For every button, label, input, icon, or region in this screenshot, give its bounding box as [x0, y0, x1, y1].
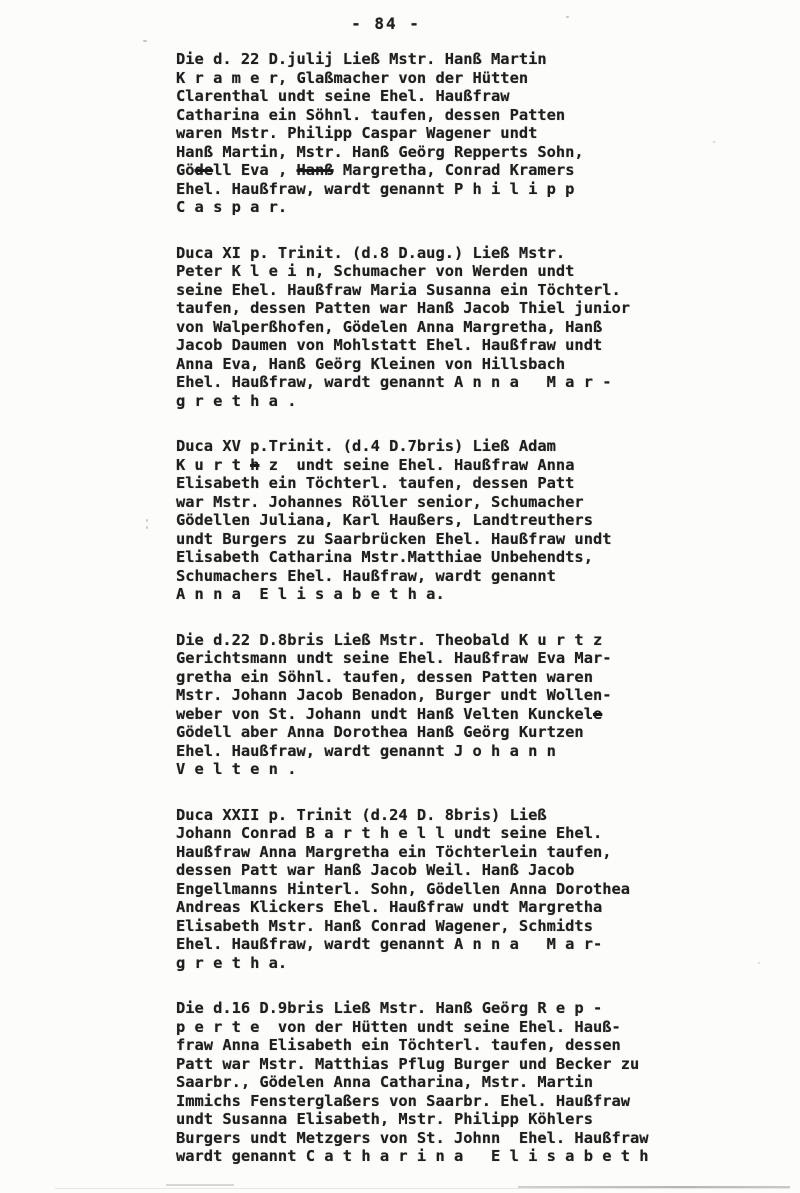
text-line: Die d.22 D.8bris Ließ Mstr. Theobald K u… [176, 631, 796, 650]
text-line: dessen Patt war Hanß Jacob Weil. Hanß Ja… [176, 861, 796, 880]
struck-text: e [593, 705, 602, 723]
text-segment: Die d. 22 D.julij Ließ Mstr. Hanß Martin [176, 50, 547, 68]
text-segment: g r e t h a. [176, 954, 287, 972]
text-line: Duca XV p.Trinit. (d.4 D.7bris) Ließ Ada… [176, 437, 796, 456]
text-line: Hanß Martin, Mstr. Hanß Geörg Repperts S… [176, 143, 796, 162]
text-segment: Schumachers Ehel. Haußfraw, wardt genann… [176, 567, 556, 585]
text-segment: Duca XI p. Trinit. (d.8 D.aug.) Ließ Mst… [176, 244, 565, 262]
text-line: waren Mstr. Philipp Caspar Wagener undt [176, 124, 796, 143]
text-line: Engellmanns Hinterl. Sohn, Gödellen Anna… [176, 880, 796, 899]
text-line: Patt war Mstr. Matthias Pflug Burger und… [176, 1055, 796, 1074]
text-segment: Burgers undt Metzgers von St. Johnn Ehel… [176, 1129, 649, 1147]
text-segment: p e r t e von der Hütten undt seine Ehel… [176, 1018, 621, 1036]
text-line: Ehel. Haußfraw, wardt genannt P h i l i … [176, 180, 796, 199]
text-line: taufen, dessen Patten war Hanß Jacob Thi… [176, 299, 796, 318]
scan-speck [566, 16, 569, 18]
text-line: Die d.16 D.9bris Ließ Mstr. Hanß Geörg R… [176, 999, 796, 1018]
text-line: Gödell Eva , Hanß Margretha, Conrad Kram… [176, 161, 796, 180]
text-line: Duca XI p. Trinit. (d.8 D.aug.) Ließ Mst… [176, 244, 796, 263]
paragraph: Duca XXII p. Trinit (d.24 D. 8bris) Ließ… [176, 806, 796, 973]
text-segment: war Mstr. Johannes Röller senior, Schuma… [176, 493, 584, 511]
scan-speck [713, 141, 715, 143]
paragraph: Die d.16 D.9bris Ließ Mstr. Hanß Geörg R… [176, 999, 796, 1166]
text-line: Johann Conrad B a r t h e l l undt seine… [176, 824, 796, 843]
text-line: Schumachers Ehel. Haußfraw, wardt genann… [176, 567, 796, 586]
text-line: K r a m e r, Glaßmacher von der Hütten [176, 69, 796, 88]
text-segment: Gödell aber Anna Dorothea Hanß Geörg Kur… [176, 723, 584, 741]
text-segment: fraw Anna Elisabeth ein Töchterl. taufen… [176, 1036, 621, 1054]
text-segment: Margretha, Conrad Kramers [334, 161, 575, 179]
text-segment: undt Burgers zu Saarbrücken Ehel. Haußfr… [176, 530, 612, 548]
text-segment: seine Ehel. Haußfraw Maria Susanna ein T… [176, 281, 621, 299]
text-segment: K r a m e r, Glaßmacher von der Hütten [176, 69, 528, 87]
text-line: wardt genannt C a t h a r i n a E l i s … [176, 1147, 796, 1166]
text-line: Mstr. Johann Jacob Benadon, Burger undt … [176, 686, 796, 705]
text-line: Gerichtsmann undt seine Ehel. Haußfraw E… [176, 649, 796, 668]
paragraph: Duca XV p.Trinit. (d.4 D.7bris) Ließ Ada… [176, 437, 796, 604]
text-segment: Anna Eva, Hanß Geörg Kleinen von Hillsba… [176, 355, 565, 373]
text-segment: Immichs Fensterglaßers von Saarbr. Ehel.… [176, 1092, 630, 1110]
text-line: Jacob Daumen von Mohlstatt Ehel. Haußfra… [176, 336, 796, 355]
text-line: seine Ehel. Haußfraw Maria Susanna ein T… [176, 281, 796, 300]
text-line: Saarbr., Gödelen Anna Catharina, Mstr. M… [176, 1073, 796, 1092]
text-segment: Ehel. Haußfraw, wardt genannt P h i l i … [176, 180, 574, 198]
text-segment: Catharina ein Söhnl. taufen, dessen Patt… [176, 106, 565, 124]
text-segment: C a s p a r. [176, 198, 287, 216]
text-line: Catharina ein Söhnl. taufen, dessen Patt… [176, 106, 796, 125]
page-number: - 84 - [176, 14, 596, 33]
text-segment: V e l t e n . [176, 760, 296, 778]
text-segment: Patt war Mstr. Matthias Pflug Burger und… [176, 1055, 639, 1073]
scan-speck [146, 526, 148, 529]
text-line: K u r t h z undt seine Ehel. Haußfraw An… [176, 456, 796, 475]
text-segment: Peter K l e i n, Schumacher von Werden u… [176, 262, 574, 280]
text-line: war Mstr. Johannes Röller senior, Schuma… [176, 493, 796, 512]
text-line: weber von St. Johann undt Hanß Velten Ku… [176, 705, 796, 724]
text-line: Duca XXII p. Trinit (d.24 D. 8bris) Ließ [176, 806, 796, 825]
text-segment: Duca XV p.Trinit. (d.4 D.7bris) Ließ Ada… [176, 437, 556, 455]
text-segment: Ehel. Haußfraw, wardt genannt J o h a n … [176, 742, 556, 760]
document-body: Die d. 22 D.julij Ließ Mstr. Hanß Martin… [176, 50, 796, 1193]
scan-speck [143, 40, 147, 42]
text-segment: z undt seine Ehel. Haußfraw Anna [259, 456, 574, 474]
scan-speck [146, 519, 148, 522]
text-segment: Elisabeth Catharina Mstr.Matthiae Unbehe… [176, 548, 593, 566]
text-segment: Engellmanns Hinterl. Sohn, Gödellen Anna… [176, 880, 630, 898]
text-segment: Elisabeth ein Töchterl. taufen, dessen P… [176, 474, 574, 492]
text-segment: Andreas Klickers Ehel. Haußfraw undt Mar… [176, 898, 602, 916]
text-segment: Gö [176, 161, 195, 179]
text-segment: dessen Patt war Hanß Jacob Weil. Hanß Ja… [176, 861, 574, 879]
text-segment: Die d.16 D.9bris Ließ Mstr. Hanß Geörg R… [176, 999, 602, 1017]
text-segment: Gödellen Juliana, Karl Haußers, Landtreu… [176, 511, 593, 529]
text-line: Elisabeth ein Töchterl. taufen, dessen P… [176, 474, 796, 493]
struck-text: Hanß [297, 161, 334, 179]
text-segment: Mstr. Johann Jacob Benadon, Burger undt … [176, 686, 612, 704]
text-line: Ehel. Haußfraw, wardt genannt A n n a M … [176, 373, 796, 392]
text-line: C a s p a r. [176, 198, 796, 217]
text-line: Gödellen Juliana, Karl Haußers, Landtreu… [176, 511, 796, 530]
text-line: g r e t h a. [176, 954, 796, 973]
scan-speck [758, 962, 760, 964]
text-segment: Gerichtsmann undt seine Ehel. Haußfraw E… [176, 649, 612, 667]
text-line: gretha ein Söhnl. taufen, dessen Patten … [176, 668, 796, 687]
text-line: Elisabeth Catharina Mstr.Matthiae Unbehe… [176, 548, 796, 567]
text-segment: Ehel. Haußfraw, wardt genannt A n n a M … [176, 935, 602, 953]
text-line: von Walperßhofen, Gödelen Anna Margretha… [176, 318, 796, 337]
paragraph: Duca XI p. Trinit. (d.8 D.aug.) Ließ Mst… [176, 244, 796, 411]
struck-text: de [195, 161, 214, 179]
text-line: undt Burgers zu Saarbrücken Ehel. Haußfr… [176, 530, 796, 549]
text-segment: Clarenthal undt seine Ehel. Haußfraw [176, 87, 510, 105]
text-segment: A n n a E l i s a b e t h a. [176, 585, 445, 603]
text-segment: gretha ein Söhnl. taufen, dessen Patten … [176, 668, 593, 686]
text-segment: Duca XXII p. Trinit (d.24 D. 8bris) Ließ [176, 806, 547, 824]
text-segment: Die d.22 D.8bris Ließ Mstr. Theobald K u… [176, 631, 602, 649]
text-line: Ehel. Haußfraw, wardt genannt A n n a M … [176, 935, 796, 954]
text-segment: g r e t h a . [176, 392, 296, 410]
text-line: Anna Eva, Hanß Geörg Kleinen von Hillsba… [176, 355, 796, 374]
text-line: Haußfraw Anna Margretha ein Töchterlein … [176, 843, 796, 862]
text-line: Burgers undt Metzgers von St. Johnn Ehel… [176, 1129, 796, 1148]
text-line: Gödell aber Anna Dorothea Hanß Geörg Kur… [176, 723, 796, 742]
text-segment: Elisabeth Mstr. Hanß Conrad Wagener, Sch… [176, 917, 593, 935]
text-line: fraw Anna Elisabeth ein Töchterl. taufen… [176, 1036, 796, 1055]
text-line: Peter K l e i n, Schumacher von Werden u… [176, 262, 796, 281]
text-segment: Ehel. Haußfraw, wardt genannt A n n a M … [176, 373, 612, 391]
text-segment: waren Mstr. Philipp Caspar Wagener undt [176, 124, 537, 142]
text-segment: von Walperßhofen, Gödelen Anna Margretha… [176, 318, 602, 336]
text-line: Die d. 22 D.julij Ließ Mstr. Hanß Martin [176, 50, 796, 69]
text-segment: Jacob Daumen von Mohlstatt Ehel. Haußfra… [176, 336, 602, 354]
text-segment: weber von St. Johann undt Hanß Velten Ku… [176, 705, 593, 723]
text-segment: Johann Conrad B a r t h e l l undt seine… [176, 824, 602, 842]
text-line: V e l t e n . [176, 760, 796, 779]
text-line: undt Susanna Elisabeth, Mstr. Philipp Kö… [176, 1110, 796, 1129]
text-segment: K u r t [176, 456, 250, 474]
text-line: Clarenthal undt seine Ehel. Haußfraw [176, 87, 796, 106]
text-line: Andreas Klickers Ehel. Haußfraw undt Mar… [176, 898, 796, 917]
text-segment: Saarbr., Gödelen Anna Catharina, Mstr. M… [176, 1073, 593, 1091]
text-segment: ll Eva , [213, 161, 296, 179]
text-segment: Haußfraw Anna Margretha ein Töchterlein … [176, 843, 612, 861]
text-segment: undt Susanna Elisabeth, Mstr. Philipp Kö… [176, 1110, 593, 1128]
text-line: A n n a E l i s a b e t h a. [176, 585, 796, 604]
text-segment: taufen, dessen Patten war Hanß Jacob Thi… [176, 299, 630, 317]
scanned-document-page: - 84 - Die d. 22 D.julij Ließ Mstr. Hanß… [0, 0, 800, 1193]
text-line: Immichs Fensterglaßers von Saarbr. Ehel.… [176, 1092, 796, 1111]
paragraph: Die d.22 D.8bris Ließ Mstr. Theobald K u… [176, 631, 796, 779]
text-segment: Hanß Martin, Mstr. Hanß Geörg Repperts S… [176, 143, 584, 161]
text-line: Ehel. Haußfraw, wardt genannt J o h a n … [176, 742, 796, 761]
text-line: Elisabeth Mstr. Hanß Conrad Wagener, Sch… [176, 917, 796, 936]
paragraph: Die d. 22 D.julij Ließ Mstr. Hanß Martin… [176, 50, 796, 217]
text-line: g r e t h a . [176, 392, 796, 411]
text-segment: wardt genannt C a t h a r i n a E l i s … [176, 1147, 649, 1165]
text-line: p e r t e von der Hütten undt seine Ehel… [176, 1018, 796, 1037]
